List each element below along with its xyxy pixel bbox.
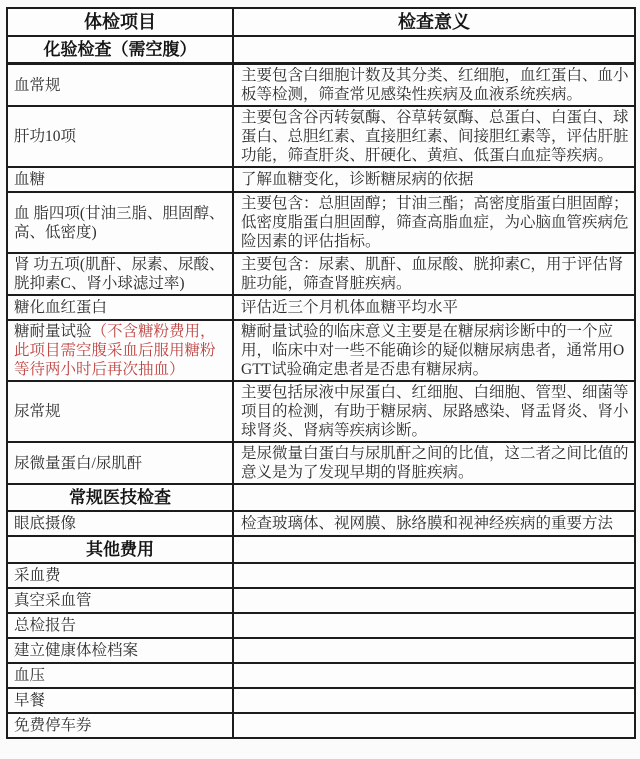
exam-item-name: 血糖 [7, 167, 233, 192]
table-row: 肾 功五项(肌酐、尿素、尿酸、胱抑素C、肾小球滤过率)主要包含：尿素、肌酐、血尿… [7, 253, 635, 295]
table-row: 总检报告 [7, 613, 635, 638]
section-row: 常规医技检查 [7, 484, 635, 511]
exam-item-name: 尿常规 [7, 381, 233, 442]
exam-item-meaning: 评估近三个月机体血糖平均水平 [233, 295, 635, 320]
table-row: 血压 [7, 663, 635, 688]
exam-item-meaning: 主要包含谷丙转氨酶、谷草转氨酶、总蛋白、白蛋白、球蛋白、总胆红素、直接胆红素、间… [233, 106, 635, 167]
section-title: 其他费用 [7, 536, 233, 563]
exam-item-meaning: 是尿微量白蛋白与尿肌酐之间的比值，这二者之间比值的意义是为了发现早期的肾脏疾病。 [233, 442, 635, 484]
exam-item-meaning [233, 613, 635, 638]
exam-items-document: 体检项目 检查意义 化验检查（需空腹）血常规主要包含白细胞计数及其分类、红细胞，… [0, 0, 640, 759]
exam-item-meaning: 了解血糖变化，诊断糖尿病的依据 [233, 167, 635, 192]
table-row: 免费停车券 [7, 713, 635, 738]
exam-item-label: 糖耐量试验 [14, 323, 92, 340]
exam-item-meaning: 主要包含：尿素、肌酐、血尿酸、胱抑素C，用于评估肾脏功能，筛查肾脏疾病。 [233, 253, 635, 295]
exam-item-label: 采血费 [14, 567, 61, 584]
section-title: 常规医技检查 [7, 484, 233, 511]
exam-item-meaning [233, 638, 635, 663]
exam-item-label: 血压 [14, 667, 45, 684]
exam-item-meaning [233, 484, 635, 511]
exam-table-body: 化验检查（需空腹）血常规主要包含白细胞计数及其分类、红细胞，血红蛋白、血小板等检… [7, 36, 635, 738]
exam-item-name: 糖耐量试验（不含糖粉费用，此项目需空腹采血后服用糖粉等待两小时后再次抽血） [7, 320, 233, 381]
exam-item-name: 真空采血管 [7, 588, 233, 613]
exam-item-label: 常规医技检查 [69, 488, 171, 507]
exam-item-label: 免费停车券 [14, 717, 92, 734]
exam-item-label: 血糖 [14, 171, 45, 188]
table-row: 肝功10项主要包含谷丙转氨酶、谷草转氨酶、总蛋白、白蛋白、球蛋白、总胆红素、直接… [7, 106, 635, 167]
table-row: 眼底摄像检查玻璃体、视网膜、脉络膜和视神经疾病的重要方法 [7, 511, 635, 536]
column-header-exam-item: 体检项目 [7, 8, 233, 36]
table-row: 建立健康体检档案 [7, 638, 635, 663]
exam-item-meaning [233, 536, 635, 563]
exam-table-header: 体检项目 检查意义 [7, 8, 635, 36]
exam-item-label: 尿微量蛋白/尿肌酐 [14, 455, 142, 472]
table-row: 血常规主要包含白细胞计数及其分类、红细胞，血红蛋白、血小板等检测，筛查常见感染性… [7, 64, 635, 107]
exam-item-name: 建立健康体检档案 [7, 638, 233, 663]
exam-item-label: 眼底摄像 [14, 515, 76, 532]
exam-item-meaning [233, 713, 635, 738]
table-row: 糖化血红蛋白评估近三个月机体血糖平均水平 [7, 295, 635, 320]
exam-item-label: 尿常规 [14, 403, 61, 420]
exam-item-meaning: 主要包括尿液中尿蛋白、红细胞、白细胞、管型、细菌等项目的检测，有助于糖尿病、尿路… [233, 381, 635, 442]
table-row: 糖耐量试验（不含糖粉费用，此项目需空腹采血后服用糖粉等待两小时后再次抽血）糖耐量… [7, 320, 635, 381]
exam-item-name: 血常规 [7, 64, 233, 107]
column-header-exam-meaning: 检查意义 [233, 8, 635, 36]
exam-item-meaning [233, 563, 635, 588]
section-row: 其他费用 [7, 536, 635, 563]
table-row: 血糖了解血糖变化，诊断糖尿病的依据 [7, 167, 635, 192]
exam-item-meaning: 主要包含白细胞计数及其分类、红细胞，血红蛋白、血小板等检测，筛查常见感染性疾病及… [233, 64, 635, 107]
section-title: 化验检查（需空腹） [7, 36, 233, 64]
exam-table: 体检项目 检查意义 化验检查（需空腹）血常规主要包含白细胞计数及其分类、红细胞，… [6, 7, 636, 739]
section-row: 化验检查（需空腹） [7, 36, 635, 64]
table-row: 采血费 [7, 563, 635, 588]
exam-item-meaning: 主要包含：总胆固醇；甘油三酯；高密度脂蛋白胆固醇；低密度脂蛋白胆固醇，筛查高脂血… [233, 192, 635, 253]
exam-item-label: 血 脂四项(甘油三脂、胆固醇、高、低密度) [14, 205, 225, 241]
exam-item-name: 血压 [7, 663, 233, 688]
exam-item-label: 总检报告 [14, 617, 76, 634]
exam-item-label: 肾 功五项(肌酐、尿素、尿酸、胱抑素C、肾小球滤过率) [14, 256, 225, 292]
exam-item-label: 早餐 [14, 692, 45, 709]
table-row: 早餐 [7, 688, 635, 713]
exam-item-label: 其他费用 [86, 540, 154, 559]
exam-item-meaning [233, 36, 635, 64]
exam-item-label: 肝功10项 [14, 128, 76, 145]
exam-item-name: 肾 功五项(肌酐、尿素、尿酸、胱抑素C、肾小球滤过率) [7, 253, 233, 295]
exam-item-name: 糖化血红蛋白 [7, 295, 233, 320]
exam-item-meaning [233, 588, 635, 613]
table-row: 尿微量蛋白/尿肌酐是尿微量白蛋白与尿肌酐之间的比值，这二者之间比值的意义是为了发… [7, 442, 635, 484]
exam-item-name: 肝功10项 [7, 106, 233, 167]
exam-item-name: 血 脂四项(甘油三脂、胆固醇、高、低密度) [7, 192, 233, 253]
header-row: 体检项目 检查意义 [7, 8, 635, 36]
exam-item-label: 真空采血管 [14, 592, 92, 609]
exam-item-name: 早餐 [7, 688, 233, 713]
exam-item-meaning: 检查玻璃体、视网膜、脉络膜和视神经疾病的重要方法 [233, 511, 635, 536]
exam-item-meaning [233, 663, 635, 688]
table-row: 尿常规主要包括尿液中尿蛋白、红细胞、白细胞、管型、细菌等项目的检测，有助于糖尿病… [7, 381, 635, 442]
exam-item-name: 眼底摄像 [7, 511, 233, 536]
exam-item-label: 血常规 [14, 77, 61, 94]
exam-item-name: 免费停车券 [7, 713, 233, 738]
table-row: 血 脂四项(甘油三脂、胆固醇、高、低密度)主要包含：总胆固醇；甘油三酯；高密度脂… [7, 192, 635, 253]
exam-item-name: 总检报告 [7, 613, 233, 638]
exam-item-meaning: 糖耐量试验的临床意义主要是在糖尿病诊断中的一个应用，临床中对一些不能确诊的疑似糖… [233, 320, 635, 381]
table-row: 真空采血管 [7, 588, 635, 613]
exam-item-label: 建立健康体检档案 [14, 642, 138, 659]
exam-item-name: 尿微量蛋白/尿肌酐 [7, 442, 233, 484]
exam-item-name: 采血费 [7, 563, 233, 588]
exam-item-label: 化验检查（需空腹） [44, 40, 197, 59]
exam-item-label: 糖化血红蛋白 [14, 299, 107, 316]
exam-item-meaning [233, 688, 635, 713]
